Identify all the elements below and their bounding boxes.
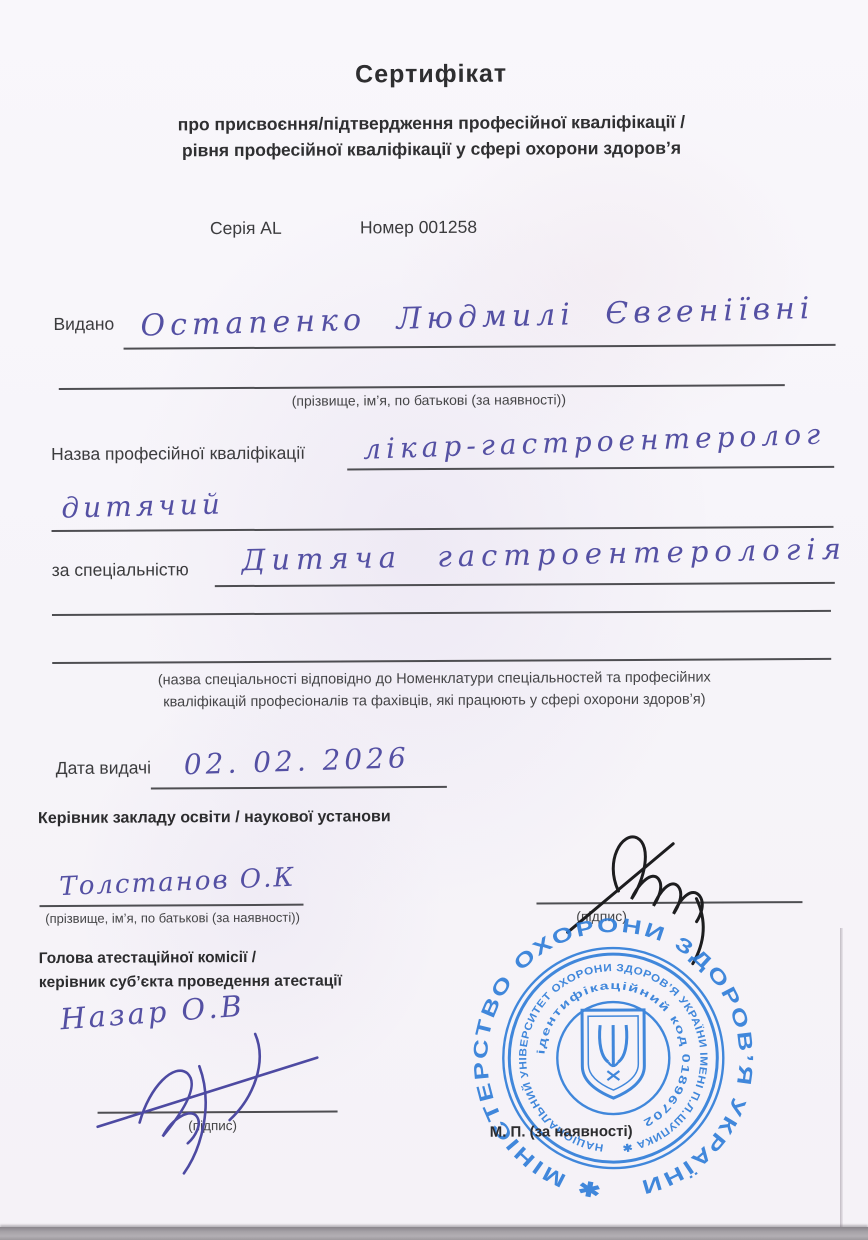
specialty-label: за спеціальністю [52, 559, 189, 581]
certificate-scan: Сертифікат про присвоєння/підтвердження … [0, 0, 868, 1240]
specialty-empty-line2 [52, 658, 831, 664]
seal-note: М. П. (за наявності) [490, 1123, 633, 1141]
issued-to-line [124, 344, 836, 350]
issued-to-line2 [59, 384, 785, 390]
issued-to-label: Видано [53, 314, 114, 335]
issue-date-line [151, 786, 447, 790]
issued-to-handwritten-name: Остапенко Людмилі Євгеніївні [140, 291, 815, 344]
qualification-line1 [347, 466, 834, 471]
scan-page-edge [840, 928, 843, 1228]
commission-signature-ink [77, 1015, 368, 1177]
qualification-line2 [52, 526, 834, 532]
specialty-empty-line1 [52, 610, 831, 616]
number-value: Номер 001258 [360, 217, 477, 239]
scan-bottom-band [0, 1227, 868, 1240]
specialty-handwritten-value: Дитяча гастроентерологія [241, 532, 847, 578]
commission-head-label-line1: Голова атестаційної комісії / [39, 949, 256, 968]
certificate-subtitle-line2: рівня професійної кваліфікації у сфері о… [0, 134, 866, 165]
specialty-line [215, 582, 835, 587]
series-value: Серія AL [210, 218, 282, 239]
qualification-handwritten-line1: лікар-гастроентеролог [363, 418, 826, 466]
issued-to-caption: (прізвище, ім’я, по батькові (за наявнос… [149, 391, 709, 410]
head-of-institution-label: Керівник закладу освіти / наукової устан… [38, 808, 391, 828]
qualification-label: Назва професійної кваліфікації [51, 443, 305, 465]
certificate-title: Сертифікат [0, 58, 865, 92]
trident-shield-icon [582, 1010, 644, 1098]
head-name-caption: (прізвище, ім’я, по батькові (за наявнос… [42, 910, 304, 926]
issue-date-handwritten-value: 02. 02. 2026 [183, 741, 410, 781]
ministry-round-stamp: ✱ МІНІСТЕРСТВО ОХОРОНИ ЗДОРОВ’Я УКРАЇНИ … [442, 887, 784, 1229]
head-handwritten-name: Толстанов О.К [59, 863, 296, 902]
issue-date-label: Дата видачі [56, 757, 151, 778]
head-name-line [39, 904, 303, 907]
certificate-content: Сертифікат про присвоєння/підтвердження … [0, 0, 868, 1240]
specialty-caption-line2: кваліфікацій професіоналів та фахівців, … [64, 688, 804, 714]
qualification-handwritten-line2: дитячий [61, 487, 224, 524]
commission-head-label-line2: керівник суб’єкта проведення атестації [39, 972, 342, 992]
